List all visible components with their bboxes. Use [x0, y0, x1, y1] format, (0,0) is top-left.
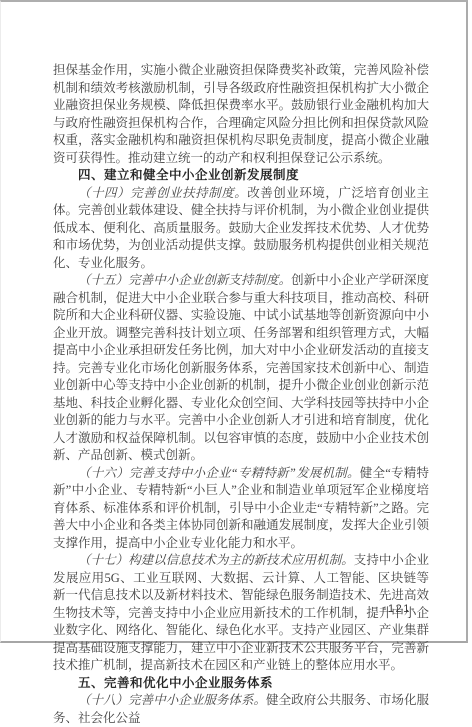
paragraph-15-text: 创新中小企业产学研深度融合机制，促进大中小企业联合参与重大科技项目，推动高校、科… — [53, 273, 429, 462]
page-number: -121- — [383, 603, 416, 615]
document-page: 担保基金作用，实施小微企业融资担保降费奖补政策，完善风险补偿机制和绩效考核激励机… — [0, 0, 468, 643]
paragraph-16: （十六）完善支持中小企业“专精特新”发展机制。健全“专精特新”中小企业、专精特新… — [53, 465, 429, 553]
paragraph-continuation: 担保基金作用，实施小微企业融资担保降费奖补政策，完善风险补偿机制和绩效考核激励机… — [53, 62, 429, 167]
paragraph-17-lead: （十七）构建以信息技术为主的新技术应用机制。 — [78, 553, 354, 567]
section-heading-4: 四、建立和健全中小企业创新发展制度 — [53, 167, 429, 185]
paragraph-14: （十四）完善创业扶持制度。改善创业环境，广泛培育创业主体。完善创业载体建设、健全… — [53, 185, 429, 273]
paragraph-16-lead: （十六）完善支持中小企业“专精特新”发展机制。 — [78, 466, 360, 480]
document-content: 担保基金作用，实施小微企业融资担保降费奖补政策，完善风险补偿机制和绩效考核激励机… — [53, 62, 429, 655]
paragraph-15-lead: （十五）完善中小企业创新支持制度。 — [78, 273, 291, 287]
paragraph-17: （十七）构建以信息技术为主的新技术应用机制。支持中小企业发展应用5G、工业互联网… — [53, 552, 429, 655]
paragraph-17-text: 支持中小企业发展应用5G、工业互联网、大数据、云计算、人工智能、区块链等新一代信… — [53, 553, 429, 655]
paragraph-15: （十五）完善中小企业创新支持制度。创新中小企业产学研深度融合机制，促进大中小企业… — [53, 272, 429, 465]
paragraph-14-lead: （十四）完善创业扶持制度。 — [78, 186, 247, 200]
